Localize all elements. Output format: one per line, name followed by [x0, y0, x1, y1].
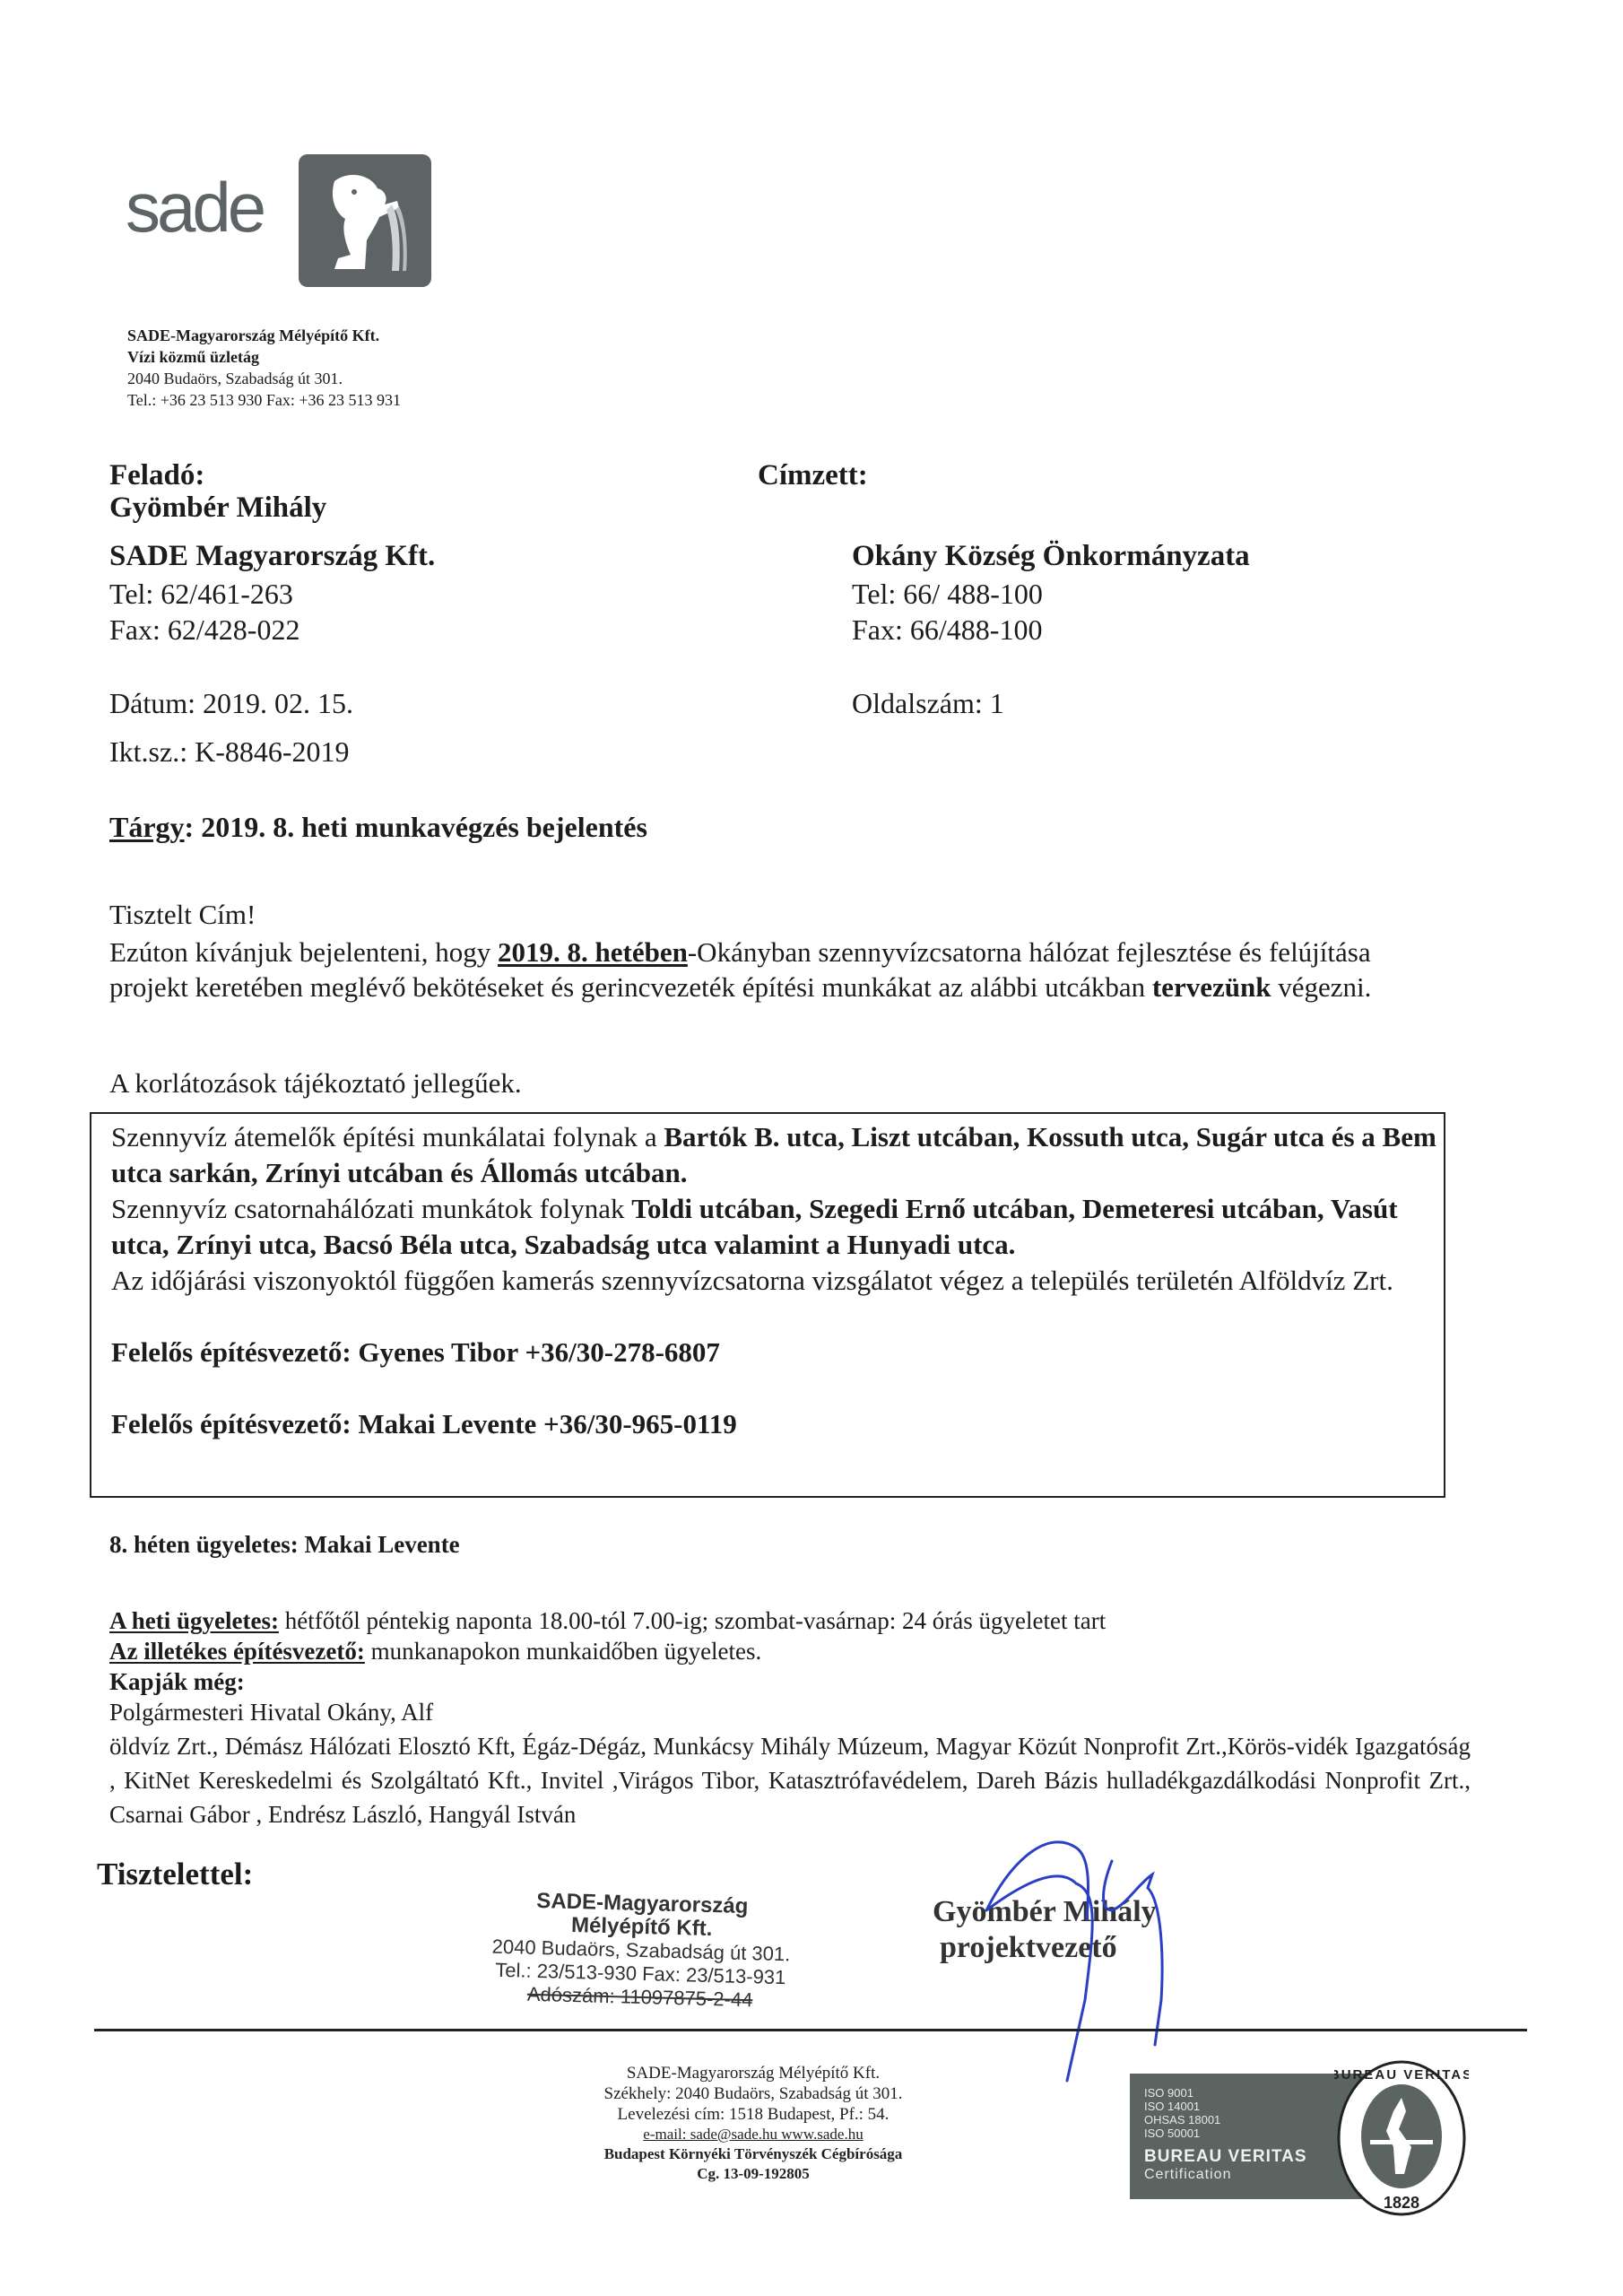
iso-standard: ISO 14001 — [1144, 2100, 1220, 2113]
camera-inspection-note: Az időjárási viszonyoktól függően kamerá… — [111, 1263, 1444, 1299]
site-manager-1: Felelős építésvezető: Gyenes Tibor +36/3… — [111, 1335, 1444, 1370]
sewer-network-works: Szennyvíz csatornahálózati munkátok foly… — [111, 1191, 1444, 1263]
footer-contact[interactable]: e-mail: sade@sade.hu www.sade.hu — [502, 2125, 1004, 2144]
sender-fax: Fax: 62/428-022 — [109, 612, 299, 648]
subject-label: Tárgy — [109, 811, 185, 843]
manager-duty: Az illetékes építésvezető: munkanapokon … — [109, 1636, 761, 1666]
footer-company: SADE-Magyarország Mélyépítő Kft. — [502, 2063, 1004, 2083]
page-number: Oldalszám: 1 — [852, 685, 1004, 722]
intro-text: végezni. — [1271, 971, 1371, 1003]
sade-figure-logo-icon — [299, 154, 431, 287]
seal-text: BUREAU VERITAS — [1334, 2067, 1469, 2083]
reference-number: Ikt.sz.: K-8846-2019 — [109, 734, 350, 770]
certification-sub: Certification — [1144, 2167, 1231, 2183]
sender-tel: Tel: 62/461-263 — [109, 576, 293, 613]
manager-duty-label: Az illetékes építésvezető: — [109, 1638, 365, 1665]
company-logo-text: sade — [126, 172, 263, 242]
seal-year: 1828 — [1384, 2194, 1419, 2212]
letterhead-company: SADE-Magyarország Mélyépítő Kft. — [127, 325, 401, 346]
footer-company-info: SADE-Magyarország Mélyépítő Kft. Székhel… — [502, 2063, 1004, 2184]
certification-brand: BUREAU VERITAS — [1144, 2147, 1307, 2167]
salutation: Tisztelt Cím! — [109, 897, 256, 932]
recipient-label: Címzett: — [758, 459, 868, 492]
cc-line-1: Polgármesteri Hivatal Okány, Alf — [109, 1697, 433, 1727]
work-details-box: Szennyvíz átemelők építési munkálatai fo… — [90, 1112, 1445, 1498]
recipient-org: Okány Község Önkormányzata — [852, 540, 1250, 573]
document-date: Dátum: 2019. 02. 15. — [109, 685, 353, 722]
footer-seat: Székhely: 2040 Budaörs, Szabadság út 301… — [502, 2083, 1004, 2104]
pump-station-works: Szennyvíz átemelők építési munkálatai fo… — [111, 1119, 1444, 1191]
duty-week: 8. héten ügyeletes: Makai Levente — [109, 1531, 460, 1559]
footer-court: Budapest Környéki Törvényszék Cégbíróság… — [502, 2144, 1004, 2164]
iso-standard: OHSAS 18001 — [1144, 2113, 1220, 2126]
intro-week-emphasis: 2019. 8. hetében — [498, 936, 688, 968]
intro-paragraph: Ezúton kívánjuk bejelenteni, hogy 2019. … — [109, 935, 1419, 1004]
weekly-duty: A heti ügyeletes: hétfőtől péntekig napo… — [109, 1605, 1106, 1636]
pump-prefix: Szennyvíz átemelők építési munkálatai fo… — [111, 1121, 664, 1152]
sender-company: SADE Magyarország Kft. — [109, 540, 435, 573]
recipient-tel: Tel: 66/ 488-100 — [852, 576, 1043, 613]
iso-standard: ISO 50001 — [1144, 2126, 1220, 2140]
cc-recipients: öldvíz Zrt., Démász Hálózati Elosztó Kft… — [109, 1729, 1471, 1831]
sender-name: Gyömbér Mihály — [109, 491, 326, 525]
company-stamp: SADE-Magyarország Mélyépítő Kft. 2040 Bu… — [487, 1889, 794, 2013]
letterhead-phone-fax: Tel.: +36 23 513 930 Fax: +36 23 513 931 — [127, 389, 401, 411]
letterhead-division: Vízi közmű üzletág — [127, 346, 401, 368]
certification-badge: ISO 9001 ISO 14001 OHSAS 18001 ISO 50001… — [1130, 2074, 1476, 2203]
bureau-veritas-seal-icon: 1828 BUREAU VERITAS — [1334, 2057, 1469, 2219]
manager-duty-text: munkanapokon munkaidőben ügyeletes. — [365, 1638, 761, 1665]
cc-label: Kapják még: — [109, 1666, 245, 1697]
restrictions-note: A korlátozások tájékoztató jellegűek. — [109, 1065, 522, 1100]
sender-label: Feladó: — [109, 459, 204, 492]
iso-standard: ISO 9001 — [1144, 2086, 1220, 2100]
closing: Tisztelettel: — [97, 1857, 253, 1892]
recipient-fax: Fax: 66/488-100 — [852, 612, 1042, 648]
letterhead-address: 2040 Budaörs, Szabadság út 301. — [127, 368, 401, 389]
subject-line: Tárgy: 2019. 8. heti munkavégzés bejelen… — [109, 811, 647, 844]
site-manager-2: Felelős építésvezető: Makai Levente +36/… — [111, 1406, 1444, 1442]
letterhead-company-info: SADE-Magyarország Mélyépítő Kft. Vízi kö… — [127, 325, 401, 411]
intro-plan-emphasis: tervezünk — [1152, 971, 1271, 1003]
footer-registration: Cg. 13-09-192805 — [502, 2164, 1004, 2184]
weekly-duty-text: hétfőtől péntekig naponta 18.00-tól 7.00… — [279, 1607, 1106, 1634]
weekly-duty-label: A heti ügyeletes: — [109, 1607, 279, 1634]
sewer-prefix: Szennyvíz csatornahálózati munkátok foly… — [111, 1193, 631, 1224]
intro-text: Ezúton kívánjuk bejelenteni, hogy — [109, 936, 498, 968]
footer-divider — [94, 2029, 1527, 2031]
iso-standards: ISO 9001 ISO 14001 OHSAS 18001 ISO 50001 — [1144, 2086, 1220, 2140]
footer-mail-address: Levelezési cím: 1518 Budapest, Pf.: 54. — [502, 2104, 1004, 2125]
subject-text: : 2019. 8. heti munkavégzés bejelentés — [185, 811, 647, 843]
